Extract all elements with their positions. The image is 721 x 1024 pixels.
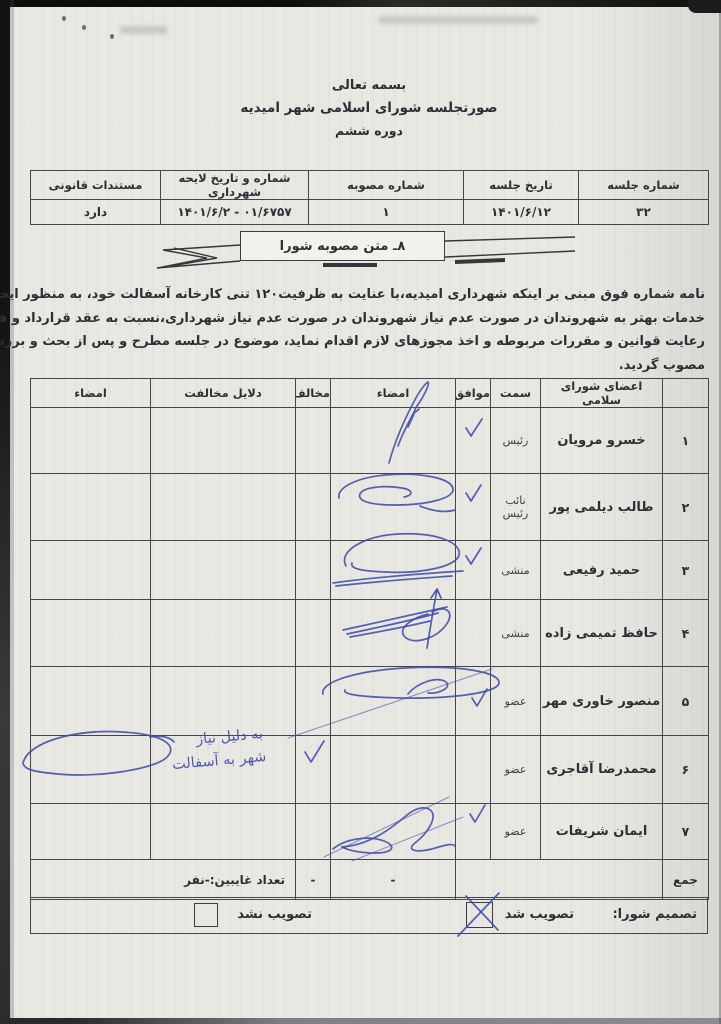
faded-smudge: [120, 26, 168, 34]
signature2-cell: [31, 408, 151, 474]
council-decision-strip: تصمیم شورا: تصویب شد تصویب نشد: [30, 897, 708, 934]
oppose-reason-cell: [151, 667, 296, 736]
member-position: منشی: [491, 541, 541, 600]
member-position: نائب رئیس: [491, 474, 541, 541]
info-header-session-date: تاریخ جلسه: [464, 171, 579, 200]
oppose-cell: [296, 541, 331, 600]
oppose-cell: [296, 600, 331, 667]
info-value-session-date: ۱۴۰۱/۶/۱۲: [464, 200, 579, 225]
members-table-header-row: اعضای شورای سلامی سمت موافق امضاء مخالف …: [31, 379, 709, 408]
oppose-cell: [296, 804, 331, 860]
oppose-cell: [296, 474, 331, 541]
oppose-reason-cell: [151, 541, 296, 600]
body-line-4: مصوب گردید.: [23, 354, 705, 378]
member-row-6: ۶ محمدرضا آقاجری عضو: [31, 736, 709, 804]
signature-cell: [331, 474, 456, 541]
ribbon-label: ۸ـ متن مصوبه شورا: [280, 239, 406, 254]
scan-edge-left-shade: [10, 0, 14, 1024]
signature-cell: [331, 541, 456, 600]
oppose-cell: [296, 736, 331, 804]
signature-cell: [331, 736, 456, 804]
document-header: بسمه تعالی صورتجلسه شورای اسلامی شهر امی…: [30, 78, 708, 138]
header-signature: امضاء: [331, 379, 456, 408]
agree-cell: [456, 474, 491, 541]
rejected-checkbox: [194, 903, 218, 927]
info-header-resolution-no: شماره مصوبه: [309, 171, 464, 200]
member-no: ۱: [663, 408, 709, 474]
member-no: ۷: [663, 804, 709, 860]
info-value-resolution-no: ۱: [309, 200, 464, 225]
agree-cell: [456, 667, 491, 736]
absent-count-cell: تعداد غایبین:-نفر: [31, 860, 296, 900]
signature2-cell: [31, 600, 151, 667]
bill-no-date: ۱۴۰۱/۶/۲ - ۰۱/۶۷۵۷: [177, 205, 291, 219]
summary-oppose-dash: -: [296, 860, 331, 900]
member-no: ۳: [663, 541, 709, 600]
member-position: عضو: [491, 667, 541, 736]
agree-cell: [456, 408, 491, 474]
header-row-no: [663, 379, 709, 408]
signature2-cell: [31, 736, 151, 804]
signature-cell: [331, 600, 456, 667]
bismillah-text: بسمه تعالی: [30, 78, 708, 93]
member-row-3: ۳ حمید رفیعی منشی: [31, 541, 709, 600]
signature-cell: [331, 804, 456, 860]
member-row-2: ۲ طالب دیلمی پور نائب رئیس: [31, 474, 709, 541]
info-value-legal-docs: دارد: [31, 200, 161, 225]
header-members: اعضای شورای سلامی: [541, 379, 663, 408]
ink-speck: [62, 16, 66, 21]
header-agree: موافق: [456, 379, 491, 408]
body-line-2: خدمات بهتر به شهروندان در صورت عدم نیاز …: [23, 307, 705, 331]
member-position: عضو: [491, 736, 541, 804]
ink-speck: [110, 34, 114, 39]
member-row-5: ۵ منصور خاوری مهر عضو: [31, 667, 709, 736]
info-value-bill-no-date: ۱۴۰۱/۶/۲ - ۰۱/۶۷۵۷: [161, 200, 309, 225]
session-info-table: شماره جلسه تاریخ جلسه شماره مصوبه شماره …: [30, 170, 709, 225]
info-value-session-no: ۳۲: [579, 200, 709, 225]
oppose-reason-cell: [151, 474, 296, 541]
body-line-3: رعایت قوانین و مقررات مربوطه و اخذ مجوزه…: [23, 330, 705, 354]
approved-label: تصویب شد: [505, 907, 574, 922]
scan-edge-left: [0, 0, 10, 1024]
scan-corner-top-right: [688, 0, 721, 13]
oppose-reason-cell: [151, 408, 296, 474]
member-row-7: ۷ ایمان شریفات عضو: [31, 804, 709, 860]
signature2-cell: [31, 474, 151, 541]
oppose-cell: [296, 667, 331, 736]
member-name: منصور خاوری مهر: [541, 667, 663, 736]
rejected-label: تصویب نشد: [237, 907, 312, 922]
member-no: ۵: [663, 667, 709, 736]
ink-speck: [82, 25, 86, 30]
summary-label-cell: جمع: [663, 860, 709, 900]
summary-signature-dash: -: [331, 860, 456, 900]
ribbon-title-box: ۸ـ متن مصوبه شورا: [240, 231, 445, 261]
body-line-1: نامه شماره فوق مبنی بر اینکه شهرداری امی…: [23, 283, 705, 307]
signature2-cell: [31, 541, 151, 600]
signature2-cell: [31, 804, 151, 860]
info-header-legal-docs: مستندات قانونی: [31, 171, 161, 200]
member-position: عضو: [491, 804, 541, 860]
member-name: خسرو مرویان: [541, 408, 663, 474]
scanned-document-page: بسمه تعالی صورتجلسه شورای اسلامی شهر امی…: [0, 0, 721, 1024]
faded-smudge: [378, 16, 538, 24]
member-position: منشی: [491, 600, 541, 667]
member-row-4: ۴ حافظ تمیمی زاده منشی: [31, 600, 709, 667]
summary-row: جمع - - تعداد غایبین:-نفر: [31, 860, 709, 900]
members-vote-table: اعضای شورای سلامی سمت موافق امضاء مخالف …: [30, 378, 709, 900]
header-oppose: مخالف: [296, 379, 331, 408]
decision-label: تصمیم شورا:: [612, 907, 697, 922]
agree-cell: [456, 600, 491, 667]
member-position: رئیس: [491, 408, 541, 474]
member-name: حافظ تمیمی زاده: [541, 600, 663, 667]
header-oppose-reasons: دلایل مخالفت: [151, 379, 296, 408]
scan-edge-top: [0, 0, 721, 7]
member-no: ۶: [663, 736, 709, 804]
agree-cell: [456, 804, 491, 860]
scan-edge-bottom: [0, 1018, 721, 1024]
signature-cell: [331, 408, 456, 474]
agree-cell: [456, 541, 491, 600]
council-term: دوره ششم: [30, 123, 708, 138]
member-no: ۴: [663, 600, 709, 667]
oppose-reason-cell: [151, 600, 296, 667]
approved-checkbox: [466, 902, 493, 928]
member-name: طالب دیلمی پور: [541, 474, 663, 541]
page-title: صورتجلسه شورای اسلامی شهر امیدیه: [30, 100, 708, 116]
member-no: ۲: [663, 474, 709, 541]
header-signature-2: امضاء: [31, 379, 151, 408]
summary-empty-cell: [456, 860, 663, 900]
oppose-cell: [296, 408, 331, 474]
header-position: سمت: [491, 379, 541, 408]
agree-cell: [456, 736, 491, 804]
member-name: ایمان شریفات: [541, 804, 663, 860]
member-row-1: ۱ خسرو مرویان رئیس: [31, 408, 709, 474]
member-name: محمدرضا آقاجری: [541, 736, 663, 804]
signature2-cell: [31, 667, 151, 736]
signature-cell: [331, 667, 456, 736]
info-header-bill-no-date: شماره و تاریخ لایحه شهرداری: [161, 171, 309, 200]
resolution-paragraph: نامه شماره فوق مبنی بر اینکه شهرداری امی…: [23, 283, 705, 377]
session-date: ۱۴۰۱/۶/۱۲: [491, 205, 551, 219]
member-name: حمید رفیعی: [541, 541, 663, 600]
info-header-session-no: شماره جلسه: [579, 171, 709, 200]
oppose-reason-cell: [151, 804, 296, 860]
